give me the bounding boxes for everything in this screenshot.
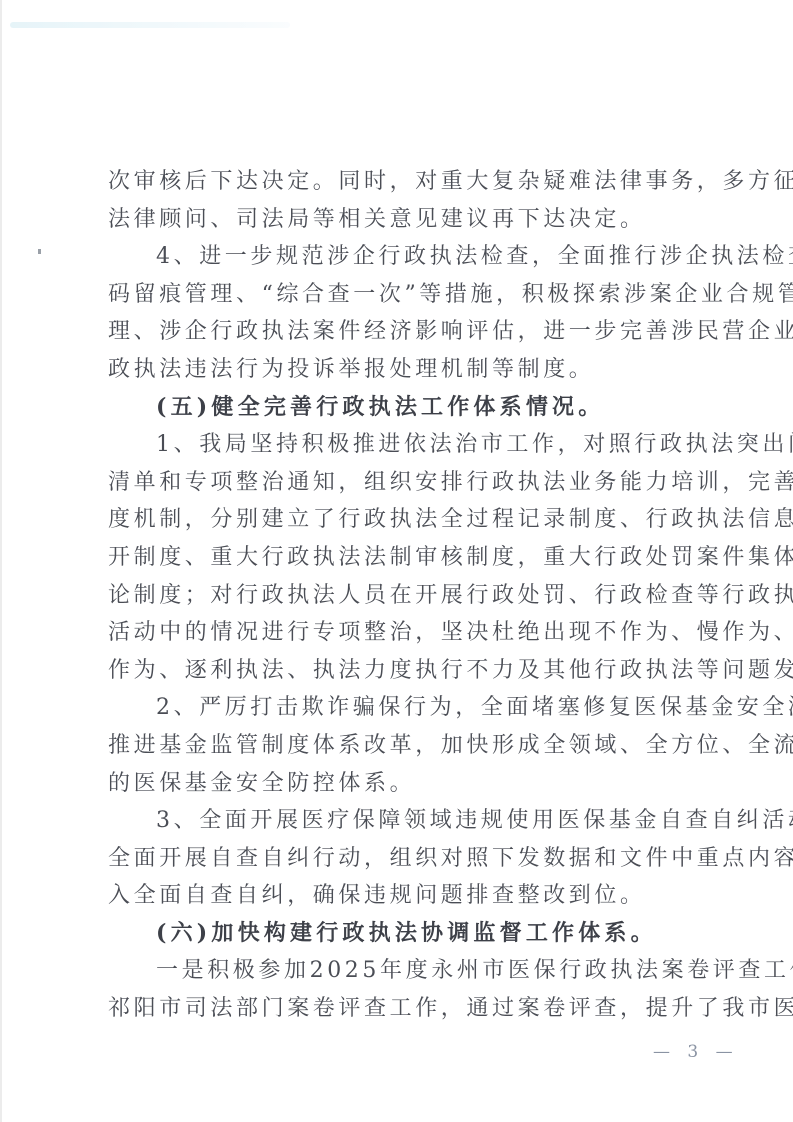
section-heading: (六)加快构建行政执法协调监督工作体系。 <box>108 915 708 953</box>
text-line: 一是积极参加2025年度永州市医保行政执法案卷评查工作和 <box>108 952 708 990</box>
text-line: 政执法违法行为投诉举报处理机制等制度。 <box>108 351 708 389</box>
scan-edge <box>0 0 2 1122</box>
text-line: 码留痕管理、“综合查一次”等措施，积极探索涉案企业合规管 <box>108 276 708 314</box>
text-line: 次审核后下达决定。同时，对重大复杂疑难法律事务，多方征求 <box>108 163 708 201</box>
scan-artifact <box>10 22 290 28</box>
section-heading: (五)健全完善行政执法工作体系情况。 <box>108 389 708 427</box>
text-line: 3、全面开展医疗保障领域违规使用医保基金自查自纠活动。 <box>108 802 708 840</box>
page-number: — 3 — <box>653 1042 739 1062</box>
text-line: 1、我局坚持积极推进依法治市工作，对照行政执法突出问题 <box>108 426 708 464</box>
text-line: 的医保基金安全防控体系。 <box>108 765 708 803</box>
text-line: 祁阳市司法部门案卷评查工作，通过案卷评查，提升了我市医保 <box>108 990 708 1028</box>
text-line: 入全面自查自纠，确保违规问题排查整改到位。 <box>108 877 708 915</box>
text-line: 论制度；对行政执法人员在开展行政处罚、行政检查等行政执法 <box>108 577 708 615</box>
text-line: 活动中的情况进行专项整治，坚决杜绝出现不作为、慢作为、乱 <box>108 614 708 652</box>
text-line: 全面开展自查自纠行动，组织对照下发数据和文件中重点内容深 <box>108 840 708 878</box>
text-line: 度机制，分别建立了行政执法全过程记录制度、行政执法信息公 <box>108 501 708 539</box>
document-body: 次审核后下达决定。同时，对重大复杂疑难法律事务，多方征求 法律顾问、司法局等相关… <box>108 163 708 1028</box>
text-line: 理、涉企行政执法案件经济影响评估，进一步完善涉民营企业行 <box>108 313 708 351</box>
text-line: 推进基金监管制度体系改革，加快形成全领域、全方位、全流程 <box>108 727 708 765</box>
scan-speck <box>38 249 41 254</box>
text-line: 开制度、重大行政执法法制审核制度，重大行政处罚案件集体讨 <box>108 539 708 577</box>
text-line: 2、严厉打击欺诈骗保行为，全面堵塞修复医保基金安全漏洞， <box>108 689 708 727</box>
text-line: 4、进一步规范涉企行政执法检查，全面推行涉企执法检查扫 <box>108 238 708 276</box>
text-line: 作为、逐利执法、执法力度执行不力及其他行政执法等问题发生。 <box>108 652 708 690</box>
text-line: 法律顾问、司法局等相关意见建议再下达决定。 <box>108 201 708 239</box>
text-line: 清单和专项整治通知，组织安排行政执法业务能力培训，完善制 <box>108 464 708 502</box>
